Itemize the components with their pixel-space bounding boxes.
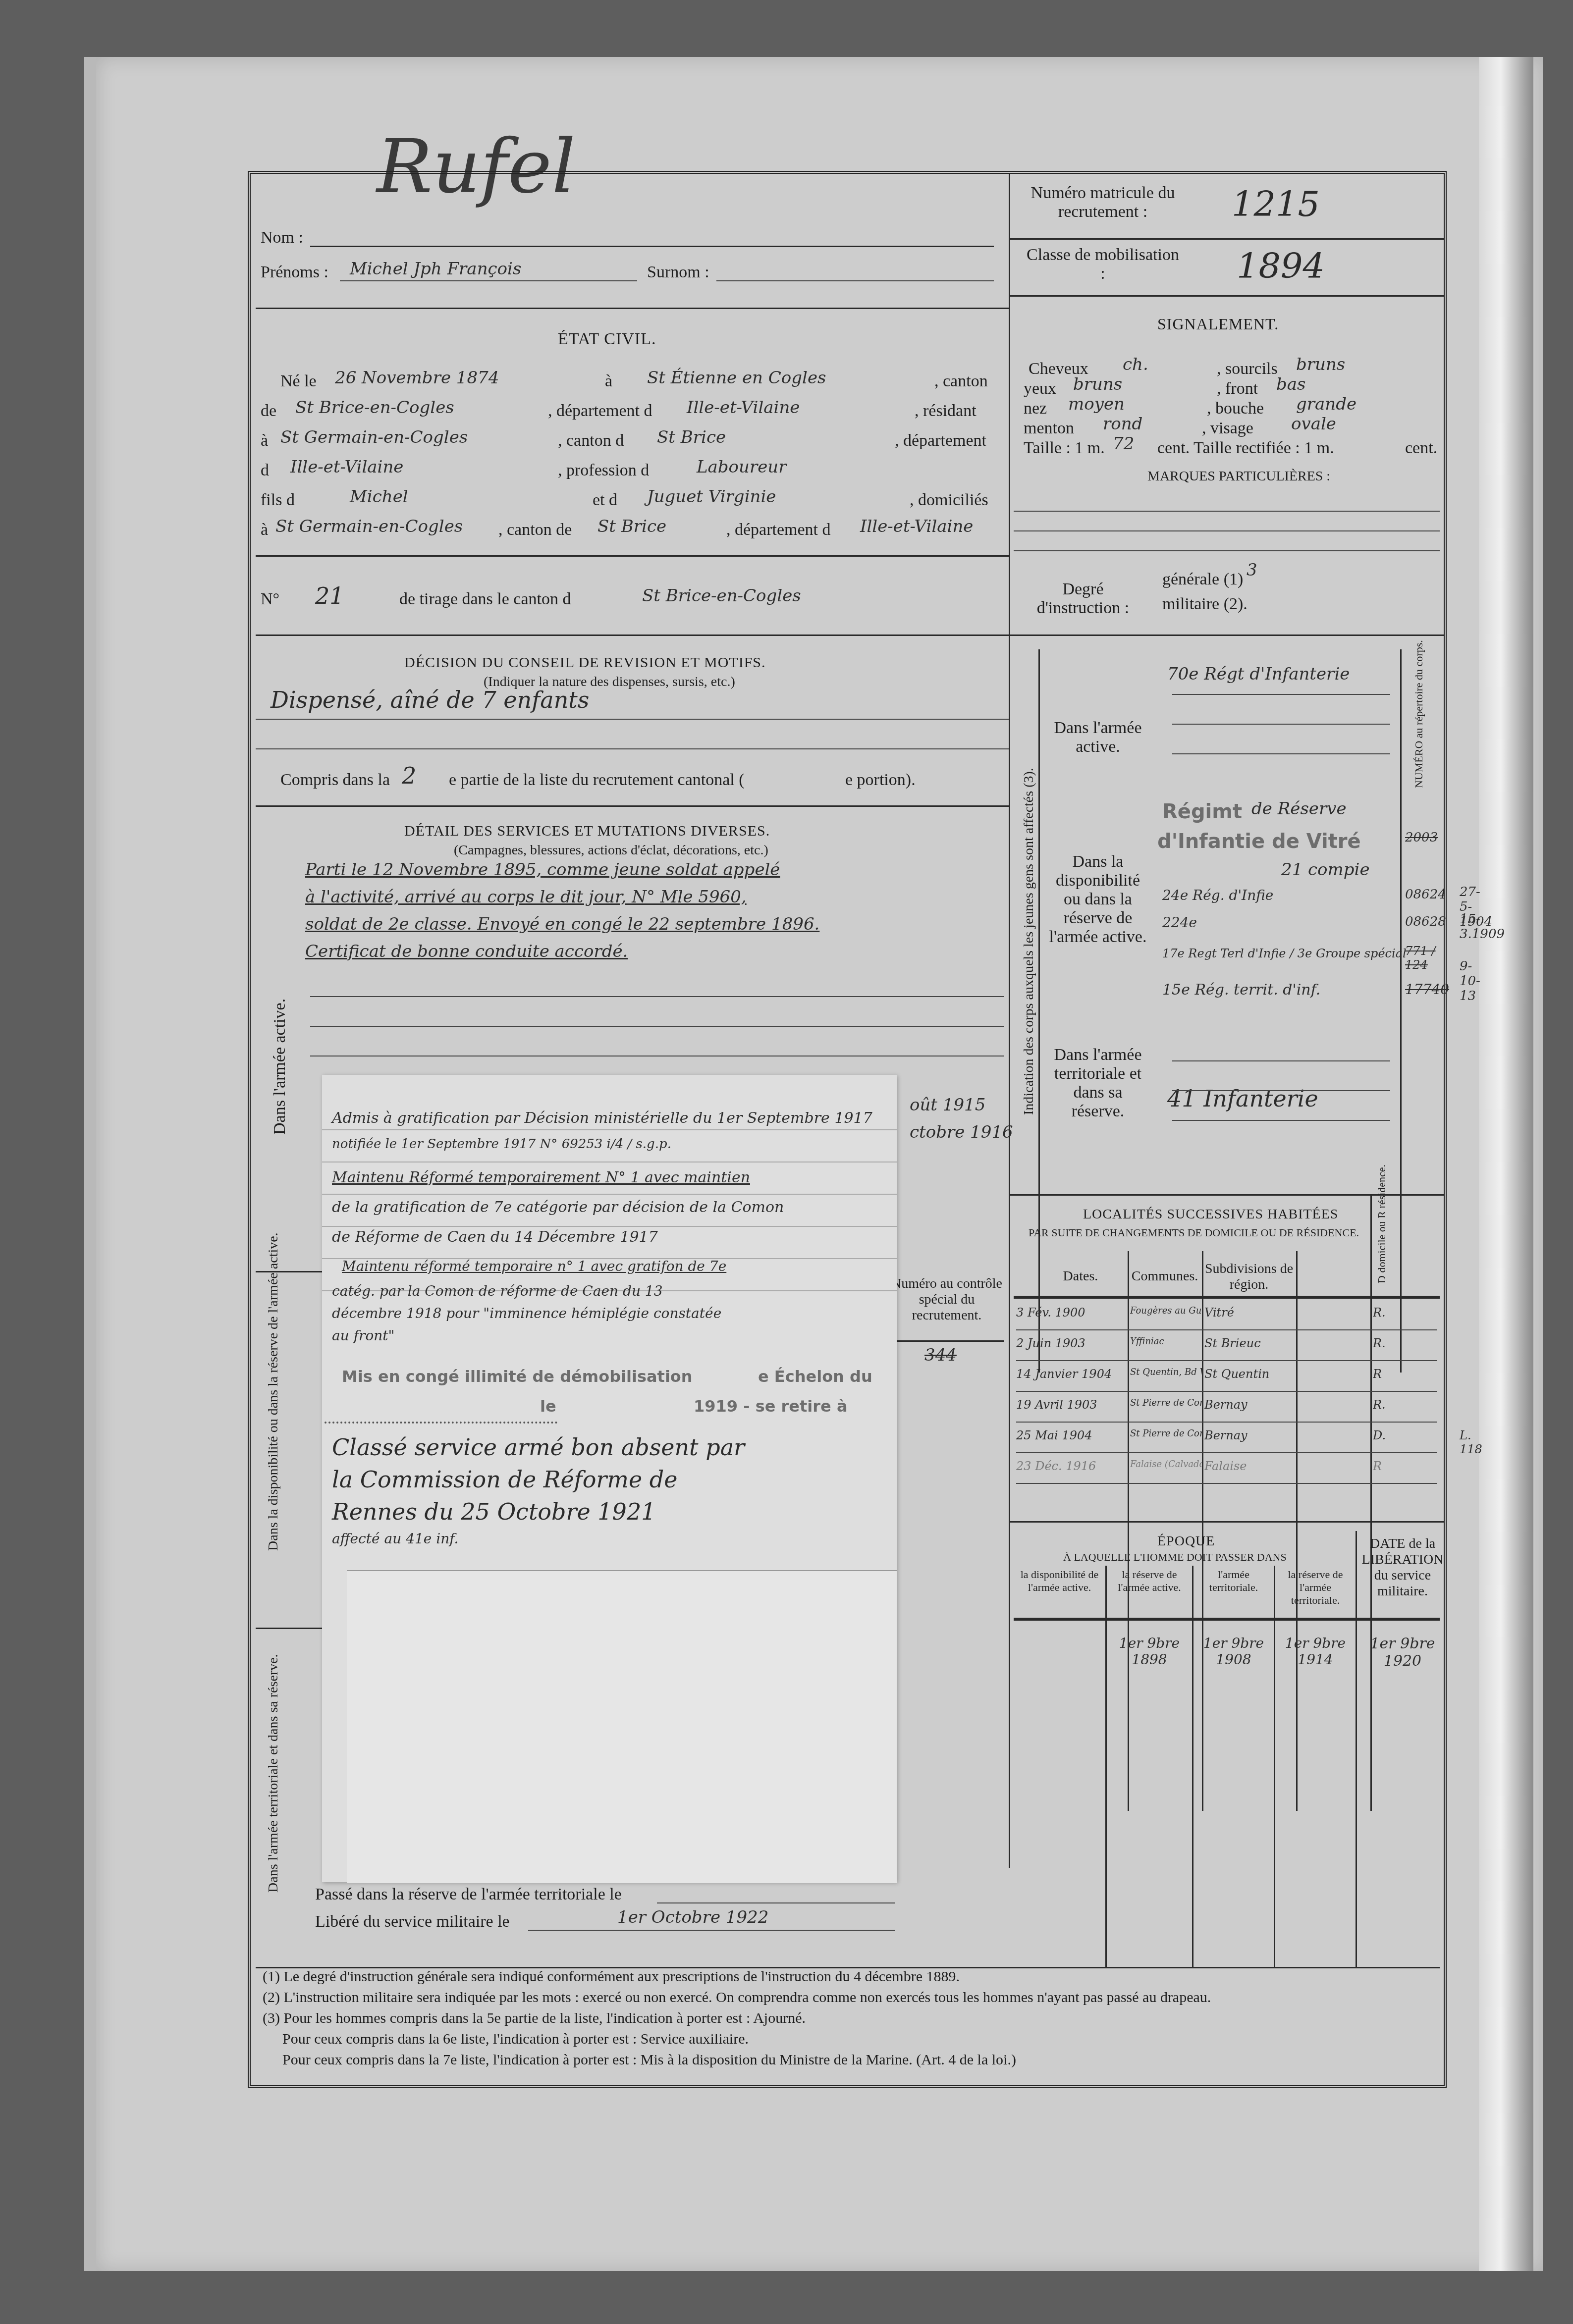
pasted-note-blank-part (347, 1570, 897, 1883)
localite-date: 2 Juin 1903 (1016, 1336, 1128, 1350)
tirage-rule (256, 634, 1009, 636)
corps-numero-label: NUMÉRO au répertoire du corps. (1412, 640, 1425, 788)
libere-label: Libéré du service militaire le (315, 1912, 510, 1931)
canton-value: St Brice-en-Cogles (295, 398, 454, 418)
portion-suffix: e portion). (845, 771, 916, 790)
canton-label: , canton (934, 372, 988, 391)
fils-de-label: fils d (261, 491, 295, 510)
domicilies-departement-label: , département d (726, 521, 831, 539)
residant-canton-value: St Brice (657, 427, 726, 447)
epoque-title: ÉPOQUE (1157, 1533, 1215, 1549)
classe-value: 1894 (1237, 246, 1325, 286)
note-line-5: de Réforme de Caen du 14 Décembre 1917 (332, 1228, 658, 1246)
instruction-rule (1009, 634, 1445, 636)
menton-value: rond (1103, 414, 1142, 434)
residant-departement-d-label: d (261, 461, 269, 480)
a-label: à (605, 372, 612, 391)
localite-commune: Falaise (Calvados) fromagerie Lepetit li… (1130, 1459, 1202, 1470)
localites-col-1 (1128, 1251, 1129, 1811)
corps-left-rule (1038, 649, 1040, 1373)
decision-title: DÉCISION DU CONSEIL DE REVISION ET MOTIF… (404, 654, 766, 671)
stamp-echelon: e Échelon du (758, 1367, 872, 1386)
profession-label: , profession d (558, 461, 649, 480)
corps-dispo-entry-4-numero: 17740 (1405, 981, 1449, 998)
instruction-generale-value: 3 (1247, 560, 1257, 580)
note-line-8: décembre 1918 pour "imminence hémiplégie… (332, 1305, 721, 1321)
services-peek-2: ctobre 1916 (910, 1122, 1013, 1142)
localites-col-2 (1202, 1251, 1203, 1811)
residant-value: St Germain-en-Cogles (280, 427, 468, 447)
tirage-label: de tirage dans le canton d (399, 590, 571, 609)
prenoms-value: Michel Jph François (350, 259, 521, 279)
localite-dr: R. (1373, 1336, 1403, 1350)
corps-dispo-stamp-1: Régimt (1162, 800, 1242, 823)
localites-header-rule (1014, 1296, 1440, 1299)
domicilies-canton-label: , canton de (498, 521, 572, 539)
localite-commune: St Quentin, Bd Vor Hugo (1130, 1367, 1202, 1377)
corps-dispo-entry-3-date: 9-10-13 (1460, 959, 1480, 1004)
instruction-militaire-label: militaire (2). (1162, 595, 1248, 614)
localite-date: 25 Mai 1904 (1016, 1428, 1128, 1442)
epoque-col-3 (1274, 1566, 1275, 1967)
nom-rule (310, 246, 994, 247)
compris-label: Compris dans la (280, 771, 390, 790)
services-line-1: Parti le 12 Novembre 1895, comme jeune s… (305, 860, 780, 880)
front-label: , front (1217, 379, 1258, 398)
residant-departement-label: , département (895, 431, 986, 450)
footnote-2: (2) L'instruction militaire sera indiqué… (263, 1987, 1432, 2008)
localite-dr: R (1373, 1459, 1403, 1473)
corps-right-rule (1400, 649, 1402, 1373)
epoque-col-value: 1er 9bre 1914 (1275, 1635, 1356, 1668)
footnote-4: Pour ceux compris dans la 6e liste, l'in… (263, 2029, 1432, 2050)
localite-rule (1016, 1483, 1437, 1484)
services-side-dispo: Dans la disponibilité ou dans la réserve… (266, 1232, 281, 1551)
header-rule (256, 308, 1009, 309)
residant-departement-value: Ille-et-Vilaine (290, 457, 403, 477)
localite-subdivision: Bernay (1204, 1398, 1296, 1412)
epoque-col-label: la réserve de l'armée active. (1107, 1568, 1192, 1594)
corps-dispo-entry-3: 17e Regt Terl d'Infie / 3e Groupe spécia… (1162, 947, 1407, 960)
note-line-9: au front" (332, 1327, 394, 1344)
domicilies-label: , domiciliés (910, 491, 988, 510)
ne-le-label: Né le (280, 372, 317, 391)
sourcils-value: bruns (1296, 355, 1345, 374)
localite-rule (1016, 1422, 1437, 1423)
surnom-label: Surnom : (647, 263, 709, 282)
compris-suffix: e partie de la liste du recrutement cant… (449, 771, 745, 790)
passe-reserve-rule (657, 1902, 895, 1903)
corps-terr-label: Dans l'armée territoriale et dans sa rés… (1048, 1046, 1147, 1121)
instruction-label: Degré d'instruction : (1033, 580, 1133, 618)
epoque-header-rule (1014, 1618, 1440, 1621)
etat-civil-rule (256, 555, 1009, 557)
marques-label: MARQUES PARTICULIÈRES : (1147, 469, 1330, 484)
stamp-le: le (540, 1397, 556, 1416)
cent-label: cent. (1405, 439, 1437, 458)
localite-note: L. 118 (1460, 1428, 1482, 1456)
domicilies-canton-value: St Brice (597, 517, 666, 536)
localites-col-dates: Dates. (1033, 1268, 1128, 1284)
corps-dispo-entry-1-numero: 08624 (1405, 887, 1446, 902)
instruction-generale-label: générale (1) (1162, 570, 1243, 589)
corps-active-value: 70e Régt d'Infanterie (1167, 664, 1350, 684)
visage-value: ovale (1291, 414, 1336, 434)
decision-value: Dispensé, aîné de 7 enfants (271, 687, 589, 713)
localite-rule (1016, 1391, 1437, 1392)
tirage-no-label: N° (261, 590, 279, 609)
localite-dr: R. (1373, 1306, 1403, 1320)
tirage-no-value: 21 (315, 582, 344, 609)
corps-dispo-entry-1: 24e Rég. d'Infie (1162, 887, 1273, 903)
matricule-value: 1215 (1232, 184, 1320, 224)
corps-dispo-entry-2-date: 15-3.1909 (1460, 912, 1505, 942)
corps-dispo-entry-4: 15e Rég. territ. d'inf. (1162, 981, 1320, 999)
services-side-active: Dans l'armée active. (271, 999, 289, 1135)
et-de-label: et d (593, 491, 617, 510)
epoque-col-value: 1er 9bre 1898 (1107, 1635, 1192, 1668)
corps-dispo-hand-1: de Réserve (1251, 799, 1347, 819)
localite-subdivision: Vitré (1204, 1306, 1296, 1320)
corps-dispo-entry-2: 224e (1162, 914, 1197, 931)
classed-line-3: Rennes du 25 Octobre 1921 (332, 1498, 655, 1525)
bouche-label: , bouche (1207, 399, 1264, 418)
domicilies-departement-value: Ille-et-Vilaine (860, 517, 973, 536)
front-value: bas (1276, 374, 1305, 394)
localite-rule (1016, 1360, 1437, 1361)
note-line-3: Maintenu Réformé temporairement N° 1 ave… (332, 1169, 750, 1186)
corps-terr-rule-1 (1172, 1060, 1390, 1061)
controle-value: 344 (924, 1345, 957, 1365)
localites-col-4 (1370, 1194, 1372, 1811)
matricule-label: Numéro matricule du recrutement : (1024, 184, 1182, 221)
localite-dr: R. (1373, 1398, 1403, 1412)
corps-terr-rule-3 (1172, 1120, 1390, 1121)
marques-rule-2 (1014, 530, 1440, 531)
services-line-3: soldat de 2e classe. Envoyé en congé le … (305, 914, 819, 934)
corps-dispo-label: Dans la disponibilité ou dans la réserve… (1048, 852, 1147, 947)
nez-label: nez (1024, 399, 1047, 418)
services-title: DÉTAIL DES SERVICES ET MUTATIONS DIVERSE… (404, 823, 770, 840)
controle-rule (890, 1340, 1004, 1342)
compris-value: 2 (402, 762, 416, 789)
footnotes: (1) Le degré d'instruction générale sera… (263, 1966, 1432, 2070)
epoque-liberation-divider (1356, 1531, 1357, 1967)
epoque-col-value: 1er 9bre 1908 (1193, 1635, 1274, 1668)
localite-commune: St Pierre de Cormeilles (1130, 1428, 1202, 1439)
epoque-col-2 (1192, 1566, 1193, 1967)
nez-value: moyen (1068, 394, 1125, 414)
footnote-1: (1) Le degré d'instruction générale sera… (263, 1966, 1432, 1987)
residant-label: , résidant (915, 402, 976, 421)
corps-active-label: Dans l'armée active. (1048, 719, 1147, 756)
services-side-terr: Dans l'armée territoriale et dans sa rés… (266, 1654, 281, 1893)
localites-col-subdivisions: Subdivisions de région. (1202, 1261, 1296, 1293)
epoque-col-1 (1105, 1566, 1107, 1967)
localite-commune: Yffiniac (1130, 1336, 1202, 1347)
bouche-value: grande (1296, 394, 1356, 414)
services-line-4: Certificat de bonne conduite accordé. (305, 942, 628, 961)
decision-rule-1 (256, 719, 1009, 720)
epoque-col-label: la réserve de l'armée territoriale. (1275, 1568, 1356, 1607)
departement-value: Ille-et-Vilaine (687, 398, 800, 418)
epoque-subtitle: À LAQUELLE L'HOMME DOIT PASSER DANS (1063, 1551, 1287, 1564)
domicilies-a-label: à (261, 521, 268, 539)
stamp-conge-line: Mis en congé illimité de démobilisation (342, 1367, 693, 1386)
corps-terr-value: 41 Infanterie (1167, 1085, 1318, 1112)
services-rule-1 (310, 996, 1004, 997)
services-line-2: à l'activité, arrivé au corps le dit jou… (305, 887, 747, 907)
nom-label: Nom : (261, 228, 303, 247)
localite-dr: R (1373, 1367, 1403, 1381)
services-peek-1: oût 1915 (910, 1095, 985, 1115)
footnote-3: (3) Pour les hommes compris dans la 5e p… (263, 2008, 1432, 2029)
birthplace-value: St Étienne en Cogles (647, 368, 826, 388)
marques-rule-3 (1014, 550, 1440, 551)
liberation-value: 1er 9bre 1920 (1360, 1635, 1445, 1670)
localite-dr: D. (1373, 1428, 1403, 1442)
classed-line-4: affecté au 41e inf. (332, 1531, 459, 1547)
signalement-title: SIGNALEMENT. (1157, 315, 1279, 333)
stamp-dotted-rule (325, 1422, 557, 1424)
controle-label: Numéro au contrôle spécial du recrutemen… (890, 1276, 1004, 1323)
note-line-7: catég. par la Comon de réforme de Caen d… (332, 1283, 662, 1299)
note-line-4: de la gratification de 7e catégorie par … (332, 1199, 784, 1216)
classed-line-1: Classé service armé bon absent par (332, 1434, 745, 1461)
tirage-canton-value: St Brice-en-Cogles (642, 586, 801, 606)
classe-label: Classe de mobilisation : (1024, 246, 1182, 283)
footnote-5: Pour ceux compris dans la 7e liste, l'in… (263, 2050, 1432, 2070)
localites-subtitle: PAR SUITE DE CHANGEMENTS DE DOMICILE OU … (1029, 1226, 1359, 1239)
passe-reserve-label: Passé dans la réserve de l'armée territo… (315, 1885, 622, 1904)
domicilies-value: St Germain-en-Cogles (275, 517, 463, 536)
corps-dispo-hand-2: 21 compie (1281, 860, 1370, 880)
decision-rule-3 (256, 805, 1009, 807)
stamp-year: 1919 - se retire à (694, 1397, 847, 1416)
note-line-6: Maintenu réformé temporaire n° 1 avec gr… (342, 1258, 726, 1274)
classed-line-2: la Commission de Réforme de (332, 1466, 677, 1493)
residant-canton-label: , canton d (558, 431, 624, 450)
localite-date: 3 Fév. 1900 (1016, 1306, 1128, 1320)
corps-dispo-entry-3-numero: 771 / 124 (1405, 944, 1444, 972)
libere-value: 1er Octobre 1922 (617, 1907, 768, 1927)
localite-commune: Fougères au Gué-Landry (1130, 1306, 1202, 1316)
localites-col-dr: D domicile ou R résidence. (1375, 1164, 1388, 1283)
localite-subdivision: St Brieuc (1204, 1336, 1296, 1350)
menton-label: menton (1024, 419, 1074, 438)
localites-col-communes: Communes. (1128, 1268, 1202, 1284)
departement-label: , département d (548, 402, 652, 421)
localite-date: 14 Janvier 1904 (1016, 1367, 1128, 1381)
visage-label: , visage (1202, 419, 1253, 438)
marques-rule-1 (1014, 511, 1440, 512)
canton-de-label: de (261, 402, 276, 421)
localite-date: 23 Déc. 1916 (1016, 1459, 1128, 1473)
localites-col-3 (1296, 1251, 1298, 1811)
residant-a-label: à (261, 431, 268, 450)
corps-active-rule-3 (1172, 753, 1390, 754)
corps-terr-rule-2 (1172, 1090, 1390, 1091)
localite-commune: St Pierre de Cormeilles (1130, 1398, 1202, 1408)
ne-le-value: 26 Novembre 1874 (335, 368, 499, 388)
epoque-col-label: la disponibilité de l'armée active. (1014, 1568, 1105, 1594)
corps-vertical-label: Indication des corps auxquels les jeunes… (1021, 768, 1037, 1115)
main-divider (1009, 174, 1010, 1868)
corps-dispo-numero-struck: 2003 (1405, 830, 1438, 845)
localite-subdivision: Falaise (1204, 1459, 1296, 1473)
taille-rectifiee-label: cent. Taille rectifiée : 1 m. (1157, 439, 1334, 458)
epoque-col-label: l'armée territoriale. (1193, 1568, 1274, 1594)
matricule-rule (1009, 238, 1445, 240)
corps-dispo-stamp-2: d'Infantie de Vitré (1157, 830, 1361, 853)
localite-rule (1016, 1329, 1437, 1330)
pere-value: Michel (350, 487, 408, 507)
profession-value: Laboureur (697, 457, 787, 477)
taille-label: Taille : 1 m. (1024, 439, 1105, 458)
localite-subdivision: Bernay (1204, 1428, 1296, 1442)
note-line-2: notifiée le 1er Septembre 1917 N° 69253 … (332, 1137, 671, 1152)
corps-active-rule-1 (1172, 694, 1390, 695)
liberation-label: DATE de la LIBÉRATION du service militai… (1360, 1536, 1445, 1599)
libere-rule (528, 1930, 895, 1931)
yeux-value: bruns (1073, 374, 1122, 394)
services-subtitle: (Campagnes, blessures, actions d'éclat, … (454, 843, 768, 858)
localite-subdivision: St Quentin (1204, 1367, 1296, 1381)
corps-active-rule-2 (1172, 724, 1390, 725)
cheveux-value: ch. (1123, 355, 1148, 374)
localite-rule (1016, 1452, 1437, 1453)
services-rule-2 (310, 1026, 1004, 1027)
surnom-rule (716, 280, 994, 281)
services-rule-3 (310, 1056, 1004, 1056)
yeux-label: yeux (1024, 379, 1056, 398)
localite-date: 19 Avril 1903 (1016, 1398, 1128, 1412)
prenoms-label: Prénoms : (261, 263, 328, 282)
mere-value: Juguet Virginie (647, 487, 776, 507)
localites-title: LOCALITÉS SUCCESSIVES HABITÉES (1083, 1207, 1338, 1222)
note-line-1: Admis à gratification par Décision minis… (332, 1109, 872, 1127)
taille-value: 72 (1113, 434, 1134, 454)
page-edge (1479, 57, 1533, 2271)
corps-dispo-entry-2-numero: 08628 (1405, 914, 1446, 929)
prenoms-rule (340, 280, 637, 281)
classe-rule (1009, 295, 1445, 297)
etat-civil-title: ÉTAT CIVIL. (558, 330, 656, 349)
decision-rule-2 (256, 748, 1009, 749)
localites-bottom-rule (1009, 1521, 1445, 1523)
sourcils-label: , sourcils (1217, 360, 1278, 378)
